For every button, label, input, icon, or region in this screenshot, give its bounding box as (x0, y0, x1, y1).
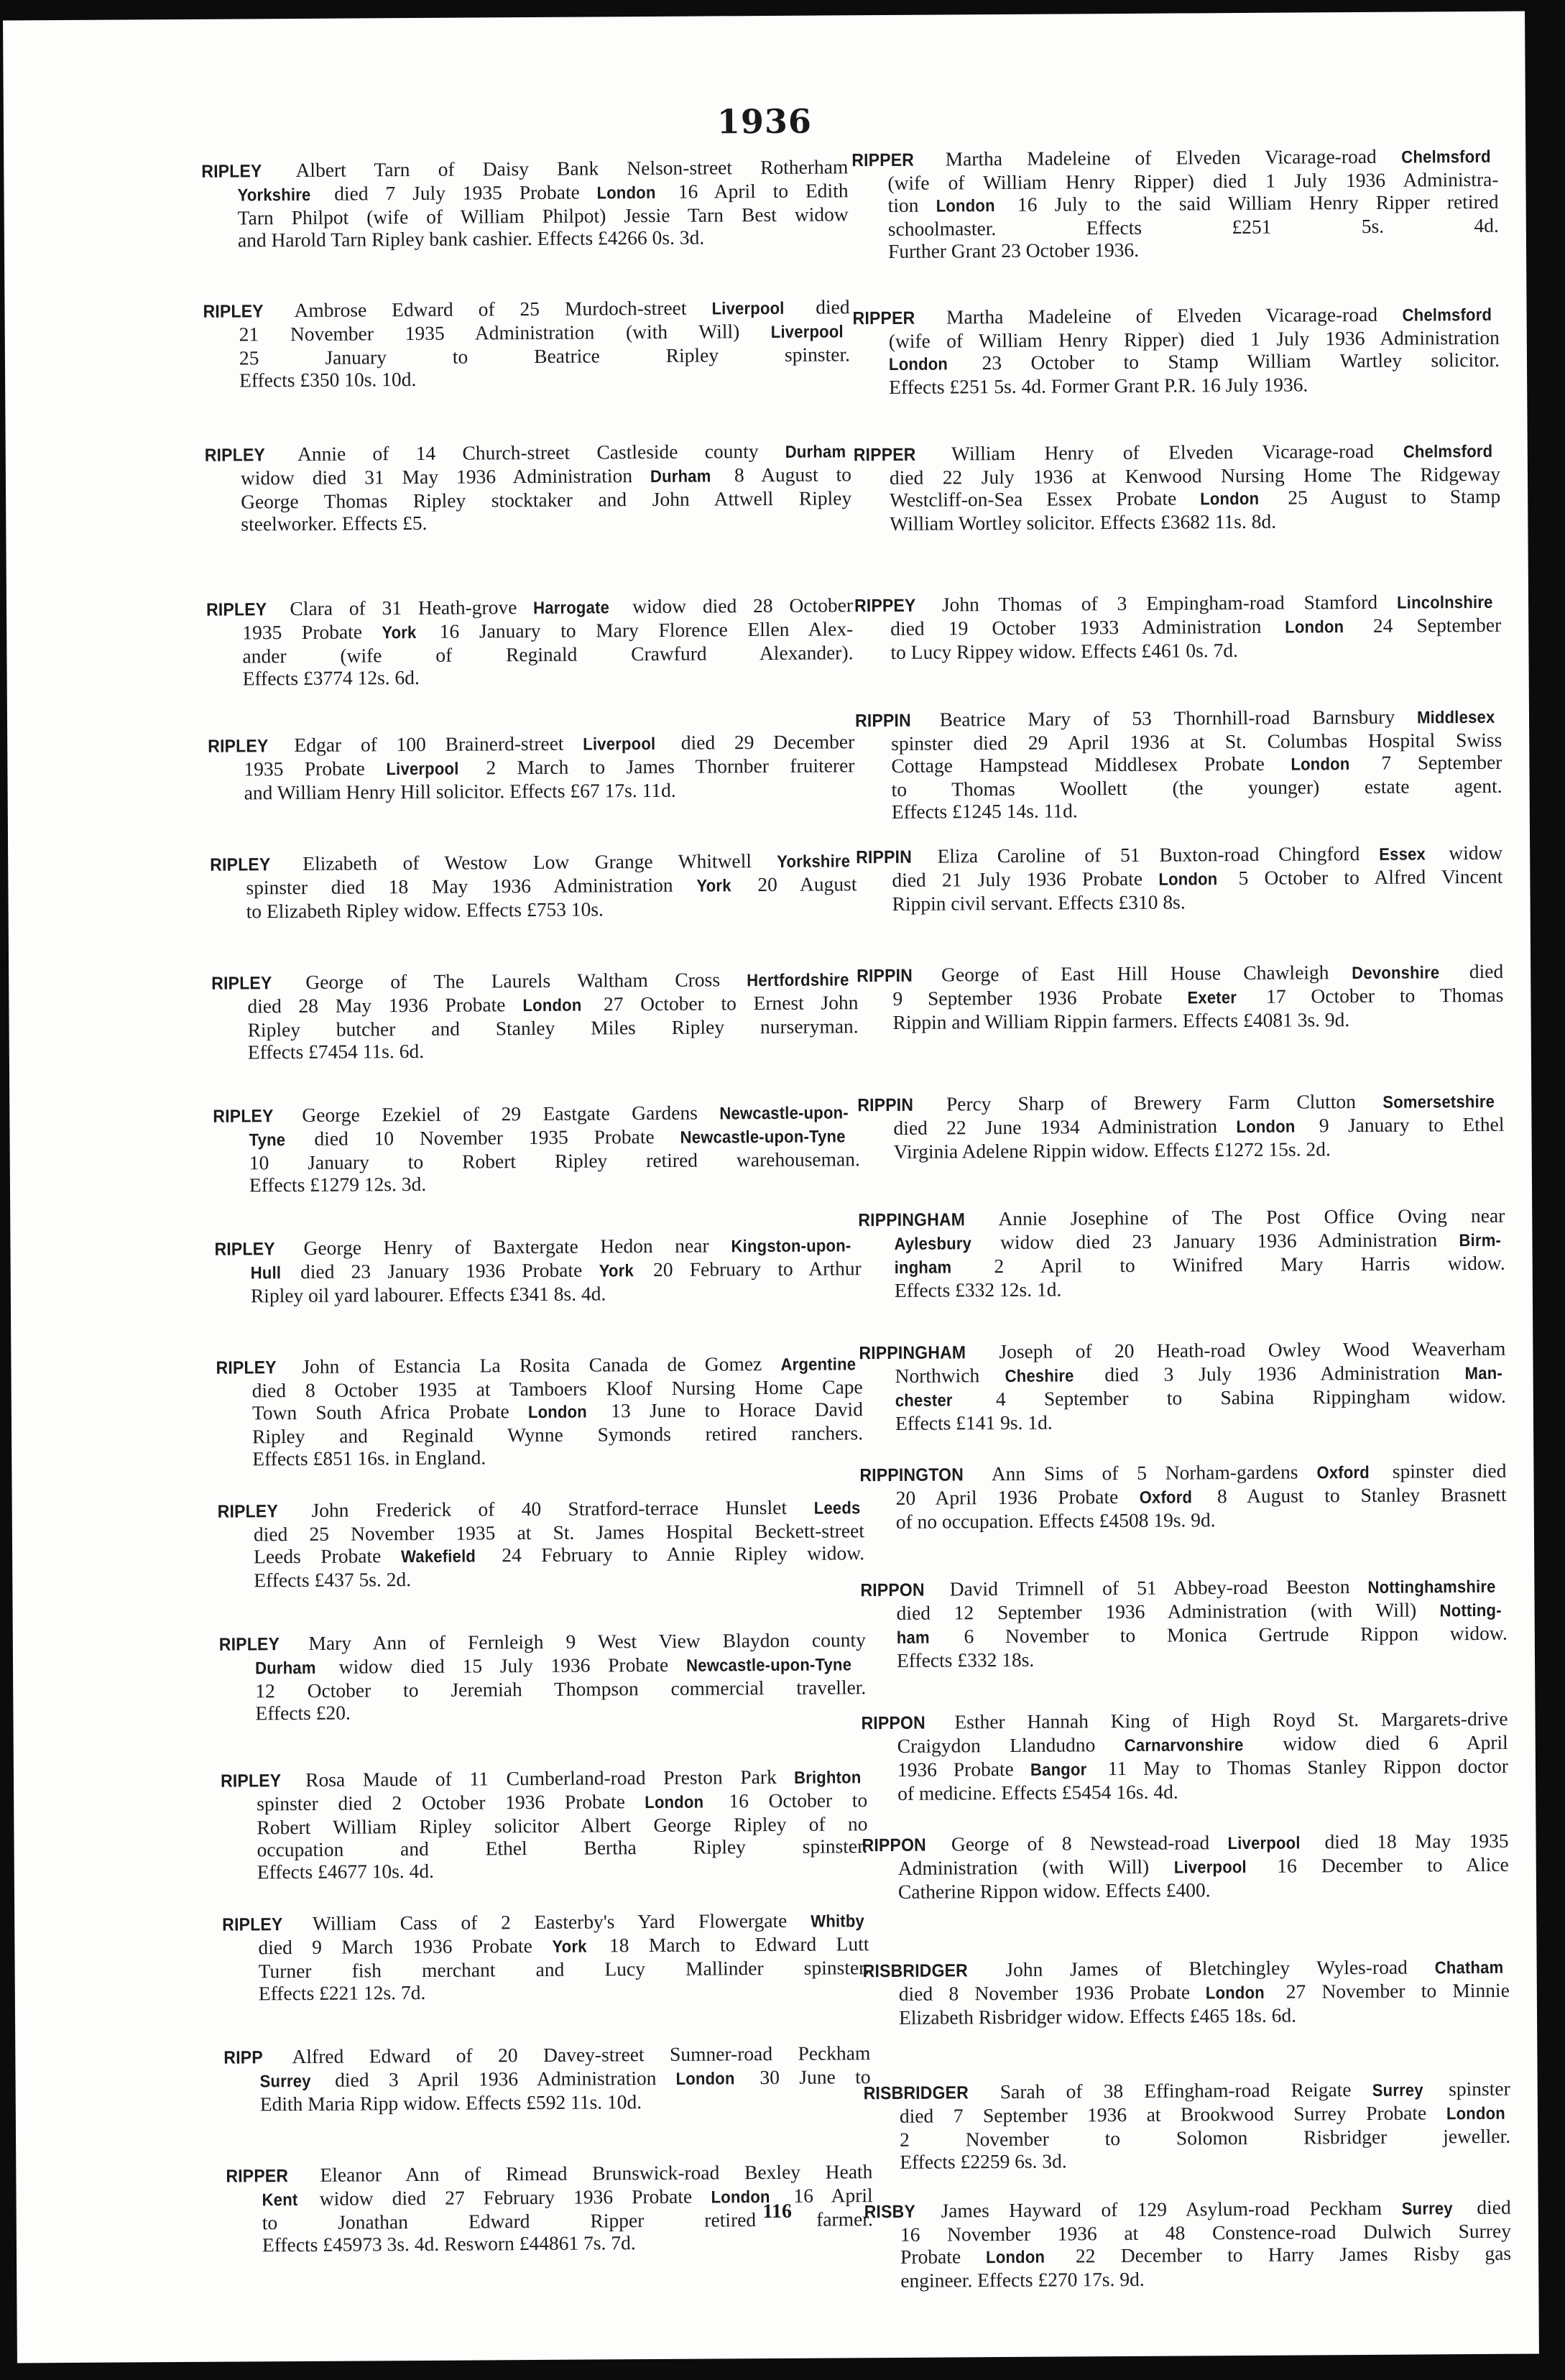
place-name: Wakefield (401, 1546, 476, 1569)
place-name: Liverpool (583, 733, 655, 756)
entry-text: Effects £332 12s. 1d. (895, 1278, 1062, 1301)
entry-line: Durham widow died 15 July 1936 Probate N… (219, 1652, 866, 1679)
entry-text: spinster (1428, 2077, 1510, 2100)
entry-line: Catherine Rippon widow. Effects £400. (862, 1877, 1509, 1903)
entry-text: widow died 6 April (1254, 1731, 1508, 1755)
entry-text: died 18 May 1935 (1306, 1830, 1508, 1853)
entry-line: 12 October to Jeremiah Thompson commerci… (219, 1676, 866, 1702)
entry-line: and William Henry Hill solicitor. Effect… (208, 778, 855, 803)
entry-line: RIPPER Martha Madeleine of Elveden Vicar… (853, 303, 1500, 330)
place-name: Durham (650, 465, 711, 488)
entry-text: died 25 November 1935 at St. James Hospi… (254, 1519, 864, 1545)
place-name: London (889, 353, 948, 376)
entry-text: Mary Ann of Fernleigh 9 West View Blaydo… (286, 1628, 866, 1654)
entry-surname: RIPPON (860, 1579, 924, 1602)
probate-entry: RIPLEY Rosa Maude of 11 Cumberland-road … (221, 1765, 868, 1883)
entry-text: Town South Africa Probate (252, 1400, 528, 1424)
place-name: Hull (251, 1262, 282, 1284)
entry-line: 21 November 1935 Administration (with Wi… (203, 319, 850, 346)
entry-text: Leeds Probate (254, 1544, 401, 1567)
entry-text: widow (1429, 841, 1502, 864)
entry-surname: RISBRIDGER (863, 1960, 968, 1983)
entry-surname: RIPPIN (856, 847, 912, 869)
entry-text: 16 December to Alice (1252, 1853, 1509, 1877)
entry-line: RIPLEY Mary Ann of Fernleigh 9 West View… (219, 1628, 866, 1656)
entry-text: died 22 July 1936 at Kenwood Nursing Hom… (890, 463, 1500, 489)
entry-text: 20 August (734, 872, 857, 895)
entry-line: William Wortley solicitor. Effects £3682… (854, 509, 1500, 535)
entry-text: widow died 31 May 1936 Administration (241, 464, 650, 489)
entry-text: John of Estancia La Rosita Canada de Gom… (283, 1352, 781, 1378)
entry-text: Alfred Edward of 20 Davey-street Sumner-… (267, 2042, 870, 2067)
entry-text: occupation and Ethel Bertha Ripley spins… (257, 1835, 868, 1860)
entry-line: Effects £1279 12s. 3d. (213, 1170, 860, 1196)
entry-line: chester 4 September to Sabina Rippingham… (859, 1385, 1506, 1412)
entry-line: died 22 June 1934 Administration London … (857, 1113, 1504, 1140)
entry-text: Effects £332 18s. (897, 1648, 1034, 1671)
probate-entry: RIPLEY William Cass of 2 Easterby's Yard… (222, 1909, 869, 2004)
entry-text: Effects £20. (255, 1702, 351, 1725)
entry-line: Rippin and William Rippin farmers. Effec… (857, 1007, 1504, 1033)
place-name: Chelmsford (1403, 441, 1492, 463)
entry-text: engineer. Effects £270 17s. 9d. (900, 2268, 1145, 2292)
entry-line: RIPPINGHAM Annie Josephine of The Post O… (858, 1204, 1505, 1232)
entry-line: Surrey died 3 April 1936 Administration … (223, 2065, 870, 2093)
entry-surname: RIPLEY (206, 599, 267, 622)
entry-text: 6 November to Monica Gertrude Rippon wid… (933, 1622, 1508, 1648)
place-name: Bangor (1030, 1758, 1087, 1781)
place-name: Yorkshire (777, 850, 850, 873)
entry-text: Rippin civil servant. Effects £310 8s. (892, 890, 1185, 914)
entry-line: schoolmaster. Effects £251 5s. 4d. (852, 214, 1499, 240)
entry-text: Effects £7454 11s. 6d. (248, 1040, 424, 1063)
entry-text: 7 September (1355, 751, 1502, 774)
entry-line: Tyne died 10 November 1935 Probate Newca… (213, 1124, 859, 1151)
place-name: Liverpool (386, 758, 458, 781)
entry-text: 21 November 1935 Administration (with Wi… (239, 320, 771, 346)
entry-text: (wife of William Henry Ripper) died 1 Ju… (887, 168, 1498, 194)
entry-line: Northwich Cheshire died 3 July 1936 Admi… (859, 1361, 1506, 1388)
entry-line: RIPLEY John of Estancia La Rosita Canada… (216, 1352, 862, 1379)
entry-surname: RIPPIN (855, 710, 911, 732)
entry-line: Probate London 22 December to Harry Jame… (864, 2242, 1511, 2269)
entry-line: died 28 May 1936 Probate London 27 Octob… (211, 991, 858, 1018)
probate-entry: RIPP Alfred Edward of 20 Davey-street Su… (223, 2042, 871, 2115)
probate-entry: RIPPIN Eliza Caroline of 51 Buxton-road … (856, 841, 1503, 915)
entry-text: schoolmaster. Effects £251 5s. 4d. (888, 214, 1499, 240)
probate-entry: RIPLEY John of Estancia La Rosita Canada… (216, 1352, 863, 1470)
entry-line: 1936 Probate Bangor 11 May to Thomas Sta… (862, 1755, 1508, 1782)
entry-line: occupation and Ethel Bertha Ripley spins… (221, 1835, 868, 1860)
entry-text: 17 October to Thomas (1241, 984, 1503, 1007)
entry-text: George Ezekiel of 29 Eastgate Gardens (280, 1101, 720, 1126)
entry-surname: RIPLEY (208, 735, 268, 758)
place-name: Notting- (1440, 1600, 1502, 1623)
entry-line: to Lucy Rippey widow. Effects £461 0s. 7… (854, 637, 1501, 663)
place-name: chester (895, 1389, 953, 1411)
left-column: RIPLEY Albert Tarn of Daisy Bank Nelson-… (201, 155, 851, 160)
place-name: Liverpool (1227, 1832, 1300, 1855)
entry-line: Effects £350 10s. 10d. (203, 365, 850, 391)
entry-line: RIPLEY Edgar of 100 Brainerd-street Live… (208, 730, 854, 757)
entry-surname: RIPLEY (203, 300, 263, 323)
entry-line: died 19 October 1933 Administration Lond… (854, 614, 1501, 641)
entry-text: Elizabeth Risbridger widow. Effects £465… (899, 2004, 1296, 2029)
entry-text: died 9 March 1936 Probate (258, 1934, 552, 1958)
entry-line: George Thomas Ripley stocktaker and John… (205, 486, 851, 512)
entry-surname: RIPLEY (210, 854, 270, 877)
entry-text: Clara of 31 Heath-grove (273, 596, 533, 619)
entry-line: London 23 October to Stamp William Wartl… (853, 349, 1500, 376)
place-name: Birm- (1459, 1230, 1502, 1252)
entry-line: to Elizabeth Ripley widow. Effects £753 … (211, 896, 857, 922)
place-name: London (1236, 1116, 1295, 1139)
entry-text: 22 December to Harry James Risby gas (1051, 2242, 1512, 2267)
entry-surname: RIPP (223, 2047, 263, 2069)
place-name: Nottinghamshire (1368, 1576, 1496, 1599)
place-name: ham (897, 1627, 930, 1649)
entry-text: steelworker. Effects £5. (241, 512, 427, 535)
entry-text: George of 8 Newstead-road (933, 1831, 1228, 1855)
entry-line: Craigydon Llandudno Carnarvonshire widow… (862, 1731, 1508, 1758)
entry-line: died 9 March 1936 Probate York 18 March … (222, 1932, 869, 1960)
entry-surname: RIPPIN (857, 965, 913, 987)
place-name: Middlesex (1417, 706, 1495, 729)
entry-text: Administration (with Will) (898, 1855, 1174, 1879)
entry-text: 27 October to Ernest John (586, 991, 858, 1015)
entry-line: RIPPIN George of East Hill House Chawlei… (857, 960, 1503, 987)
entry-line: Administration (with Will) Liverpool 16 … (862, 1853, 1509, 1881)
entry-line: steelworker. Effects £5. (205, 509, 851, 535)
entry-line: Westcliff-on-Sea Essex Probate London 25… (854, 485, 1500, 512)
entry-line: tion London 16 July to the said William … (852, 190, 1499, 218)
entry-line: RIPPEY John Thomas of 3 Empingham-road S… (854, 590, 1501, 617)
probate-entry: RIPLEY Albert Tarn of Daisy Bank Nelson-… (201, 155, 849, 251)
place-name: Hertfordshire (747, 969, 849, 992)
page-year-heading: 1936 (4, 98, 1525, 146)
entry-line: Effects £45973 3s. 4d. Resworn £44861 7s… (226, 2230, 873, 2256)
place-name: Oxford (1139, 1486, 1192, 1508)
entry-line: 2 November to Solomon Risbridger jewelle… (864, 2125, 1510, 2151)
place-name: Aylesbury (894, 1232, 971, 1255)
entry-line: Further Grant 23 October 1936. (852, 236, 1499, 262)
entry-line: Ripley oil yard labourer. Effects £341 8… (215, 1281, 862, 1306)
entry-surname: RISBRIDGER (864, 2082, 969, 2105)
entry-text: Ripley and Reginald Wynne Symonds retire… (252, 1421, 863, 1447)
entry-text: Northwich (895, 1364, 1005, 1387)
place-name: Argentine (781, 1353, 857, 1376)
entry-line: Yorkshire died 7 July 1935 Probate Londo… (201, 179, 848, 206)
place-name: Essex (1379, 843, 1426, 865)
entry-text: Albert Tarn of Daisy Bank Nelson-street … (269, 155, 849, 181)
probate-entry: RIPLEY George Henry of Baxtergate Hedon … (214, 1233, 862, 1306)
entry-line: Cottage Hampstead Middlesex Probate Lond… (855, 751, 1502, 778)
entry-text: 9 January to Ethel (1300, 1113, 1504, 1137)
place-name: Somersetshire (1382, 1091, 1495, 1114)
entry-line: Effects £332 18s. (861, 1646, 1508, 1671)
entry-line: Leeds Probate Wakefield 24 February to A… (218, 1541, 864, 1569)
entry-surname: RIPLEY (216, 1357, 276, 1380)
entry-text: 1935 Probate (242, 620, 382, 643)
entry-line: RIPPON Esther Hannah King of High Royd S… (861, 1707, 1508, 1735)
entry-text: 25 January to Beatrice Ripley spinster. (239, 343, 850, 369)
entry-line: RIPLEY Annie of 14 Church-street Castles… (205, 439, 851, 466)
entry-text: died 3 April 1936 Administration (315, 2067, 676, 2091)
entry-surname: RIPPINGHAM (859, 1342, 966, 1365)
entry-text: of no occupation. Effects £4508 19s. 9d. (896, 1508, 1216, 1533)
entry-text: died 7 September 1936 at Brookwood Surre… (900, 2101, 1446, 2127)
entry-text: 16 July to the said William Henry Ripper… (1000, 190, 1499, 216)
entry-line: RIPLEY Rosa Maude of 11 Cumberland-road … (221, 1765, 867, 1792)
place-name: London (597, 182, 656, 205)
entry-surname: RIPLEY (205, 444, 265, 467)
place-name: Surrey (259, 2070, 310, 2093)
place-name: Surrey (1372, 2079, 1423, 2101)
place-name: Leeds (813, 1497, 860, 1519)
entry-text: died 19 October 1933 Administration (890, 615, 1285, 640)
entry-text: Elizabeth of Westow Low Grange Whitwell (277, 849, 777, 875)
entry-line: died 7 September 1936 at Brookwood Surre… (864, 2101, 1510, 2128)
entry-text: spinster died 2 October 1936 Probate (257, 1790, 645, 1814)
entry-text: William Cass of 2 Easterby's Yard Flower… (290, 1909, 811, 1934)
entry-line: to Thomas Woollett (the younger) estate … (856, 775, 1502, 801)
entry-text: tion (888, 194, 936, 216)
entry-text: Effects £141 9s. 1d. (895, 1411, 1053, 1434)
entry-text: and William Henry Hill solicitor. Effect… (244, 779, 676, 804)
probate-entry: RISBRIDGER Sarah of 38 Effingham-road Re… (864, 2077, 1511, 2173)
entry-text: (wife of William Henry Ripper) died 1 Ju… (889, 326, 1500, 352)
entry-text: Effects £2259 6s. 3d. (900, 2150, 1067, 2173)
entry-line: spinster died 18 May 1936 Administration… (210, 872, 857, 900)
place-name: London (986, 2246, 1045, 2269)
probate-entry: RIPPON George of 8 Newstead-road Liverpo… (862, 1830, 1509, 1903)
place-name: York (382, 622, 417, 644)
entry-line: RIPPON George of 8 Newstead-road Liverpo… (862, 1830, 1508, 1857)
place-name: Kingston-upon- (731, 1235, 851, 1258)
entry-text: 16 April to Edith (661, 179, 849, 203)
entry-line: Effects £3774 12s. 6d. (207, 663, 854, 689)
entry-line: RIPLEY George Henry of Baxtergate Hedon … (214, 1233, 861, 1260)
place-name: York (696, 875, 731, 897)
entry-text: 16 October to (709, 1789, 868, 1812)
entry-text: Ripley oil yard labourer. Effects £341 8… (251, 1282, 606, 1306)
entry-line: Effects £20. (219, 1698, 866, 1724)
right-column: RIPPER Martha Madeleine of Elveden Vicar… (851, 152, 1502, 156)
entry-line: died 8 November 1936 Probate London 27 N… (863, 1979, 1510, 2006)
entry-line: of medicine. Effects £5454 16s. 4d. (862, 1779, 1508, 1804)
probate-entry: RIPPON Esther Hannah King of High Royd S… (861, 1707, 1508, 1804)
entry-text: to Lucy Rippey widow. Effects £461 0s. 7… (890, 639, 1238, 663)
entry-line: 10 January to Robert Ripley retired ware… (213, 1148, 860, 1173)
entry-line: Town South Africa Probate London 13 June… (216, 1398, 863, 1425)
probate-entry: RIPPEY John Thomas of 3 Empingham-road S… (854, 590, 1502, 663)
entry-line: RIPLEY Clara of 31 Heath-grove Harrogate… (206, 594, 853, 621)
entry-line: RIPLEY George of The Laurels Waltham Cro… (211, 967, 858, 995)
entry-line: Turner fish merchant and Lucy Mallinder … (223, 1956, 869, 1982)
entry-text: died 8 November 1936 Probate (899, 1980, 1206, 2005)
entry-text: Edith Maria Ripp widow. Effects £592 11s… (260, 2090, 642, 2115)
entry-text: died 23 January 1936 Probate (284, 1258, 599, 1283)
entry-text: David Trimnell of 51 Abbey-road Beeston (931, 1575, 1367, 1600)
entry-text: 23 October to Stamp William Wartley soli… (953, 349, 1500, 374)
entry-text: Probate (900, 2245, 987, 2268)
probate-entry: RIPPINGTON Ann Sims of 5 Norham-gardens … (859, 1459, 1507, 1533)
entry-text: spinster died (1374, 1459, 1507, 1482)
entry-text: 30 June to (740, 2065, 871, 2088)
entry-line: RIPPER Eleanor Ann of Rimead Brunswick-r… (226, 2160, 872, 2187)
entry-text: 9 September 1936 Probate (892, 985, 1187, 1010)
place-name: York (599, 1260, 633, 1282)
entry-surname: RIPLEY (214, 1238, 274, 1261)
entry-text: Effects £851 16s. in England. (252, 1446, 486, 1470)
entry-text: 20 April 1936 Probate (896, 1485, 1140, 1509)
probate-entry: RIPPINGHAM Joseph of 20 Heath-road Owley… (859, 1337, 1506, 1434)
entry-text: Catherine Rippon widow. Effects £400. (898, 1878, 1211, 1903)
entry-line: Rippin civil servant. Effects £310 8s. (856, 889, 1502, 915)
place-name: Man- (1465, 1362, 1502, 1385)
place-name: London (645, 1791, 703, 1814)
entry-text: William Wortley solicitor. Effects £3682… (890, 510, 1276, 535)
entry-line: RIPLEY Albert Tarn of Daisy Bank Nelson-… (201, 155, 848, 183)
entry-text: Eleanor Ann of Rimead Brunswick-road Bex… (295, 2160, 873, 2186)
probate-entry: RIPLEY Annie of 14 Church-street Castles… (205, 439, 852, 535)
place-name: Newcastle-upon-Tyne (680, 1125, 845, 1148)
entry-text: 10 January to Robert Ripley retired ware… (249, 1148, 860, 1173)
entry-surname: RIPPEY (854, 595, 916, 618)
entry-text: Martha Madeleine of Elveden Vicarage-roa… (920, 145, 1401, 170)
entry-text: 16 January to Mary Florence Ellen Alex- (420, 617, 853, 642)
entry-line: RIPP Alfred Edward of 20 Davey-street Su… (223, 2042, 870, 2069)
entry-text: Beatrice Mary of 53 Thornhill-road Barns… (917, 705, 1417, 730)
place-name: Devonshire (1352, 961, 1439, 984)
entry-line: ham 6 November to Monica Gertrude Rippon… (861, 1622, 1508, 1649)
entry-text: Effects £4677 10s. 4d. (257, 1860, 434, 1883)
entry-line: 1935 Probate York 16 January to Mary Flo… (206, 617, 853, 645)
entry-surname: RIPPON (862, 1835, 926, 1858)
probate-entry: RIPLEY Mary Ann of Fernleigh 9 West View… (219, 1628, 867, 1724)
entry-text: Sarah of 38 Effingham-road Reigate (979, 2078, 1372, 2103)
entry-surname: RIPPER (853, 308, 915, 331)
entry-text: died 21 July 1936 Probate (892, 867, 1158, 891)
entry-text: 8 August to Stanley Brasnett (1196, 1483, 1507, 1508)
probate-entry: RIPLEY John Frederick of 40 Stratford-te… (218, 1495, 865, 1591)
entry-text: Further Grant 23 October 1936. (888, 239, 1139, 262)
entry-line: of no occupation. Effects £4508 19s. 9d. (860, 1507, 1507, 1533)
entry-text: Effects £221 12s. 7d. (259, 1981, 426, 2004)
entry-text: 5 October to Alfred Vincent (1222, 865, 1502, 889)
entry-text: Effects £251 5s. 4d. Former Grant P.R. 1… (889, 373, 1308, 398)
entry-line: engineer. Effects £270 17s. 9d. (864, 2266, 1511, 2292)
probate-entry: RIPLEY Ambrose Edward of 25 Murdoch-stre… (203, 295, 850, 391)
entry-text: died 3 July 1936 Administration (1079, 1361, 1465, 1385)
place-name: Carnarvonshire (1125, 1734, 1244, 1757)
place-name: Liverpool (771, 320, 844, 343)
entry-text: Robert William Ripley solicitor Albert G… (257, 1812, 867, 1838)
entry-line: RIPLEY Ambrose Edward of 25 Murdoch-stre… (203, 295, 849, 323)
entry-text: and Harold Tarn Ripley bank cashier. Eff… (238, 226, 704, 252)
entry-surname: RIPPINGHAM (858, 1209, 965, 1232)
entry-line: spinster died 2 October 1936 Probate Lon… (221, 1789, 867, 1816)
place-name: London (1285, 616, 1344, 639)
entry-line: Aylesbury widow died 23 January 1936 Adm… (858, 1228, 1505, 1255)
entry-text: died 8 October 1935 at Tamboers Kloof Nu… (252, 1375, 863, 1401)
place-name: Yorkshire (237, 184, 310, 207)
entry-line: Effects £251 5s. 4d. Former Grant P.R. 1… (853, 372, 1500, 398)
entry-text: Effects £1245 14s. 11d. (892, 799, 1078, 823)
entry-line: RIPPIN Beatrice Mary of 53 Thornhill-roa… (855, 705, 1502, 732)
entry-surname: RIPPER (851, 149, 914, 172)
entry-surname: RIPLEY (211, 972, 272, 995)
entry-text: 12 October to Jeremiah Thompson commerci… (255, 1676, 866, 1702)
entry-text: Percy Sharp of Brewery Farm Clutton (920, 1090, 1382, 1115)
entry-text: Ann Sims of 5 Norham-gardens (974, 1460, 1316, 1485)
place-name: Lincolnshire (1397, 591, 1493, 614)
entry-text: Effects £3774 12s. 6d. (243, 666, 420, 690)
entry-text: widow died 28 October (616, 594, 853, 617)
place-name: Liverpool (711, 297, 784, 320)
entry-line: RIPLEY William Cass of 2 Easterby's Yard… (222, 1909, 869, 1936)
entry-surname: RIPPER (226, 2165, 288, 2188)
entry-text: George Thomas Ripley stocktaker and John… (241, 486, 851, 512)
entry-text: 2 April to Winifred Mary Harris widow. (956, 1252, 1505, 1278)
entry-line: Hull died 23 January 1936 Probate York 2… (215, 1257, 862, 1284)
place-name: Harrogate (533, 596, 609, 619)
entry-text: Turner fish merchant and Lucy Mallinder … (259, 1956, 869, 1982)
probate-entry: RIPPER Martha Madeleine of Elveden Vicar… (851, 144, 1499, 262)
entry-text: died (790, 295, 849, 318)
entry-surname: RIPLEY (219, 1633, 280, 1656)
place-name: London (1206, 1982, 1265, 2005)
probate-entry: RIPPIN George of East Hill House Chawlei… (857, 960, 1504, 1033)
entry-text: Effects £45973 3s. 4d. Resworn £44861 7s… (262, 2231, 636, 2256)
entry-line: RISBRIDGER John James of Bletchingley Wy… (863, 1955, 1510, 1983)
entry-text: 27 November to Minnie (1270, 1979, 1510, 2003)
entry-line: widow died 31 May 1936 Administration Du… (205, 463, 851, 490)
place-name: Exeter (1187, 987, 1237, 1009)
entry-text: Annie Josephine of The Post Office Oving… (976, 1204, 1505, 1230)
entry-text: died (1446, 960, 1503, 982)
entry-text: of medicine. Effects £5454 16s. 4d. (897, 1781, 1178, 1804)
entry-surname: RIPLEY (213, 1105, 273, 1128)
entry-line: Effects £221 12s. 7d. (223, 1978, 869, 2004)
entry-text: spinster died 29 April 1936 at St. Colum… (891, 729, 1502, 755)
entry-surname: RIPPER (854, 444, 916, 467)
probate-entry: RISBRIDGER John James of Bletchingley Wy… (863, 1955, 1510, 2029)
probate-entry: RIPPIN Beatrice Mary of 53 Thornhill-roa… (855, 705, 1502, 823)
entry-text: widow died 15 July 1936 Probate (321, 1653, 686, 1678)
entry-line: died 21 July 1936 Probate London 5 Octob… (856, 865, 1502, 892)
entry-text: died 12 September 1936 Administration (w… (897, 1598, 1441, 1624)
entry-text: 13 June to Horace David (592, 1398, 863, 1421)
entry-line: Effects £437 5s. 2d. (218, 1565, 864, 1591)
entry-text: 1936 Probate (897, 1758, 1030, 1781)
probate-entry: RIPLEY Edgar of 100 Brainerd-street Live… (208, 730, 855, 803)
entry-line: 9 September 1936 Probate Exeter 17 Octob… (857, 984, 1503, 1011)
entry-line: Edith Maria Ripp widow. Effects £592 11s… (224, 2089, 871, 2115)
entry-text: died 7 July 1935 Probate (317, 180, 597, 204)
probate-entry: RIPPER William Henry of Elveden Vicarage… (854, 439, 1501, 535)
entry-text: John James of Bletchingley Wyles-road (979, 1955, 1435, 1980)
entry-text: Craigydon Llandudno (897, 1733, 1125, 1757)
place-name: York (552, 1936, 586, 1958)
entry-text: George of East Hill House Chawleigh (919, 961, 1352, 986)
entry-text: 18 March to Edward Lutt (589, 1932, 869, 1956)
entry-text: Effects £350 10s. 10d. (239, 368, 416, 392)
entry-text: Cottage Hampstead Middlesex Probate (891, 752, 1291, 777)
entry-line: RIPPON David Trimnell of 51 Abbey-road B… (860, 1574, 1507, 1602)
entry-line: died 12 September 1936 Administration (w… (861, 1598, 1508, 1625)
entry-text: 20 February to Arthur (637, 1257, 862, 1281)
